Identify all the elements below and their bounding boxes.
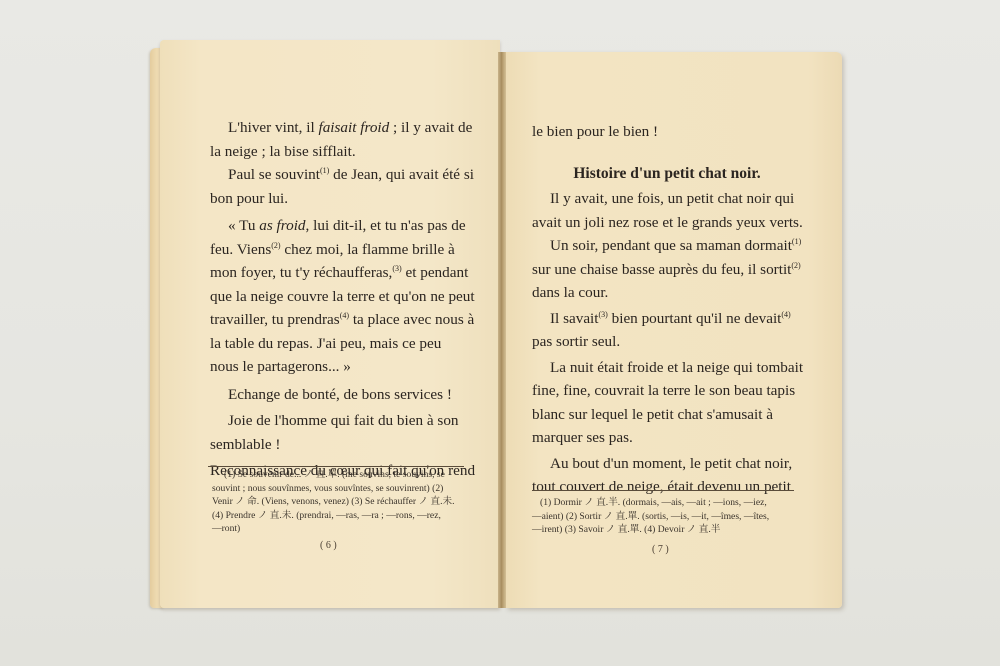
text-line: Il savait(3) bien pourtant qu'il ne deva… <box>532 307 802 331</box>
text-line: Il y avait, une fois, un petit chat noir… <box>532 187 802 211</box>
footnote-rule <box>208 466 464 467</box>
text-line: Joie de l'homme qui fait du bien à son <box>210 409 472 433</box>
right-page: le bien pour le bien ! Histoire d'un pet… <box>506 52 842 608</box>
text-line: bon pour lui. <box>210 187 472 211</box>
text-line: sur une chaise basse auprès du feu, il s… <box>532 258 802 282</box>
text-line: mon foyer, tu t'y réchaufferas,(3) et pe… <box>210 261 472 285</box>
text-line: Echange de bonté, de bons services ! <box>210 383 472 407</box>
text-line: le bien pour le bien ! <box>532 120 802 144</box>
footnote-line: Venir ノ 命. (Viens, venons, venez) (3) Se… <box>212 495 454 509</box>
text-line: « Tu as froid, lui dit-il, et tu n'as pa… <box>210 214 472 238</box>
footnote-line: (1) Se souvenir de... ノ 直.單. (me souvins… <box>212 468 454 482</box>
text-line: dans la cour. <box>532 281 802 305</box>
text-line: semblable ! <box>210 433 472 457</box>
text-line: pas sortir seul. <box>532 330 802 354</box>
left-page-body: L'hiver vint, il faisait froid ; il y av… <box>210 116 472 483</box>
footnote-rule <box>532 490 794 491</box>
text-line: la neige ; la bise sifflait. <box>210 140 472 164</box>
book-gutter <box>498 52 506 608</box>
footnote-line: —ront) <box>212 522 454 536</box>
footnote-line: souvint ; nous souvînmes, vous souvîntes… <box>212 482 454 496</box>
text-line: tout couvert de neige, était devenu un p… <box>532 475 802 499</box>
text-line: L'hiver vint, il faisait froid ; il y av… <box>210 116 472 140</box>
text-line: la table du repas. J'ai peu, mais ce peu <box>210 332 472 356</box>
text-line: travailler, tu prendras(4) ta place avec… <box>210 308 472 332</box>
left-page: L'hiver vint, il faisait froid ; il y av… <box>160 40 500 608</box>
footnote-line: (4) Prendre ノ 直.未. (prendrai, —ras, —ra … <box>212 509 454 523</box>
footnote-line: —irent) (3) Savoir ノ 直.單. (4) Devoir ノ 直… <box>532 523 769 537</box>
text-line: avait un joli nez rose et le grands yeux… <box>532 211 802 235</box>
text-line: que la neige couvre la terre et qu'on ne… <box>210 285 472 309</box>
text-line: nous le partagerons... » <box>210 355 472 379</box>
open-book: L'hiver vint, il faisait froid ; il y av… <box>146 40 852 610</box>
page-number: ( 6 ) <box>320 540 337 551</box>
right-footnotes: (1) Dormir ノ 直.半. (dormais, —ais, —ait ;… <box>532 496 769 537</box>
text-line: Au bout d'un moment, le petit chat noir, <box>532 452 802 476</box>
chapter-title: Histoire d'un petit chat noir. <box>532 162 802 186</box>
text-line: Un soir, pendant que sa maman dormait(1) <box>532 234 802 258</box>
page-number: ( 7 ) <box>652 544 669 555</box>
left-footnotes: (1) Se souvenir de... ノ 直.單. (me souvins… <box>212 468 454 536</box>
footnote-line: (1) Dormir ノ 直.半. (dormais, —ais, —ait ;… <box>532 496 769 510</box>
text-line: La nuit était froide et la neige qui tom… <box>532 356 802 380</box>
text-line: fine, fine, couvrait la terre le son bea… <box>532 379 802 403</box>
text-line: blanc sur lequel le petit chat s'amusait… <box>532 403 802 427</box>
right-page-body: le bien pour le bien ! Histoire d'un pet… <box>532 120 802 499</box>
text-line: feu. Viens(2) chez moi, la flamme brille… <box>210 238 472 262</box>
text-line: marquer ses pas. <box>532 426 802 450</box>
text-line: Paul se souvint(1) de Jean, qui avait ét… <box>210 163 472 187</box>
footnote-line: —aient) (2) Sortir ノ 直.單. (sortis, —is, … <box>532 510 769 524</box>
